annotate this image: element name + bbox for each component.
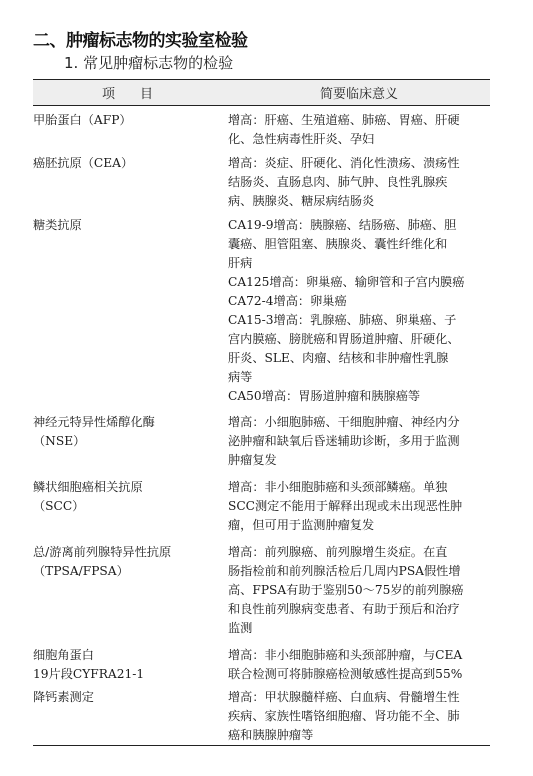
clinical-meaning-cell: 增高：非小细胞肺癌和头颈部肿瘤，与CEA联合检测可将肺腺癌检测敏感性提高到55% [228,646,490,684]
marker-name-line: （SCC） [33,497,228,516]
marker-name-line: 癌胚抗原（CEA） [33,154,228,173]
clinical-meaning-cell: CA19-9增高：胰腺癌、结肠癌、肺癌、胆囊癌、胆管阻塞、胰腺炎、囊性纤维化和肝… [228,216,490,406]
table-bottom-rule [33,745,490,746]
clinical-meaning-line: CA72-4增高：卵巢癌 [228,292,490,311]
table-row: 降钙素测定增高：甲状腺髓样癌、白血病、骨髓增生性疾病、家族性嗜铬细胞瘤、肾功能不… [33,688,490,745]
clinical-meaning-cell: 增高：前列腺癌、前列腺增生炎症。在直肠指检前和前列腺活检后几周内PSA假性增高、… [228,543,490,638]
marker-name-cell: 总/游离前列腺特异性抗原（TPSA/FPSA） [33,543,228,638]
marker-name-line: （TPSA/FPSA） [33,562,228,581]
marker-name-cell: 降钙素测定 [33,688,228,745]
clinical-meaning-line: 结肠炎、直肠息肉、肺气肿、良性乳腺疾 [228,173,490,192]
clinical-meaning-line: 联合检测可将肺腺癌检测敏感性提高到55% [228,665,490,684]
clinical-meaning-line: CA50增高：胃肠道肿瘤和胰腺癌等 [228,387,490,406]
tumor-marker-table: 项 目 简要临床意义 甲胎蛋白（AFP）增高：肝癌、生殖道癌、肺癌、胃癌、肝硬化… [33,79,490,106]
clinical-meaning-cell: 增高：炎症、肝硬化、消化性溃疡、溃疡性结肠炎、直肠息肉、肺气肿、良性乳腺疾病、胰… [228,154,490,211]
clinical-meaning-line: CA125增高：卵巢癌、输卵管和子宫内膜癌 [228,273,490,292]
marker-name-cell: 癌胚抗原（CEA） [33,154,228,211]
clinical-meaning-line: 肿瘤复发 [228,451,490,470]
clinical-meaning-line: 瘤，但可用于监测肿瘤复发 [228,516,490,535]
marker-name-line: 总/游离前列腺特异性抗原 [33,543,228,562]
clinical-meaning-line: 肝病 [228,254,490,273]
clinical-meaning-line: 和良性前列腺病变患者、有助于预后和治疗 [228,600,490,619]
clinical-meaning-cell: 增高：非小细胞肺癌和头颈部鳞癌。单独SCC测定不能用于解释出现或未出现恶性肿瘤，… [228,478,490,535]
clinical-meaning-line: 病等 [228,368,490,387]
table-header: 项 目 简要临床意义 [33,79,490,106]
column-header-meaning: 简要临床意义 [228,83,490,102]
table-row: 鳞状细胞癌相关抗原（SCC）增高：非小细胞肺癌和头颈部鳞癌。单独SCC测定不能用… [33,478,490,535]
marker-name-cell: 神经元特异性烯醇化酶（NSE） [33,413,228,470]
clinical-meaning-cell: 增高：甲状腺髓样癌、白血病、骨髓增生性疾病、家族性嗜铬细胞瘤、肾功能不全、肺癌和… [228,688,490,745]
clinical-meaning-line: 囊癌、胆管阻塞、胰腺炎、囊性纤维化和 [228,235,490,254]
clinical-meaning-cell: 增高：小细胞肺癌、干细胞肿瘤、神经内分泌肿瘤和缺氧后昏迷辅助诊断，多用于监测肿瘤… [228,413,490,470]
marker-name-line: 鳞状细胞癌相关抗原 [33,478,228,497]
marker-name-cell: 糖类抗原 [33,216,228,406]
clinical-meaning-line: 增高：前列腺癌、前列腺增生炎症。在直 [228,543,490,562]
table-row: 总/游离前列腺特异性抗原（TPSA/FPSA）增高：前列腺癌、前列腺增生炎症。在… [33,543,490,638]
table-row: 细胞角蛋白19片段CYFRA21-1增高：非小细胞肺癌和头颈部肿瘤，与CEA联合… [33,646,490,684]
clinical-meaning-line: CA19-9增高：胰腺癌、结肠癌、肺癌、胆 [228,216,490,235]
marker-name-line: 降钙素测定 [33,688,228,707]
marker-name-line: 19片段CYFRA21-1 [33,665,228,684]
table-row: 糖类抗原CA19-9增高：胰腺癌、结肠癌、肺癌、胆囊癌、胆管阻塞、胰腺炎、囊性纤… [33,216,490,406]
clinical-meaning-line: 增高：肝癌、生殖道癌、肺癌、胃癌、肝硬 [228,111,490,130]
table-row: 神经元特异性烯醇化酶（NSE）增高：小细胞肺癌、干细胞肿瘤、神经内分泌肿瘤和缺氧… [33,413,490,470]
column-header-item: 项 目 [33,83,228,102]
clinical-meaning-line: 宫内膜癌、膀胱癌和胃肠道肿瘤、肝硬化、 [228,330,490,349]
clinical-meaning-line: 癌和胰腺肿瘤等 [228,726,490,745]
clinical-meaning-line: SCC测定不能用于解释出现或未出现恶性肿 [228,497,490,516]
clinical-meaning-cell: 增高：肝癌、生殖道癌、肺癌、胃癌、肝硬化、急性病毒性肝炎、孕妇 [228,111,490,149]
clinical-meaning-line: 高、FPSA有助于鉴别50～75岁的前列腺癌 [228,581,490,600]
marker-name-line: 糖类抗原 [33,216,228,235]
marker-name-line: （NSE） [33,432,228,451]
subsection-heading: 1. 常见肿瘤标志物的检验 [64,52,233,73]
clinical-meaning-line: 泌肿瘤和缺氧后昏迷辅助诊断，多用于监测 [228,432,490,451]
clinical-meaning-line: 监测 [228,619,490,638]
marker-name-line: 甲胎蛋白（AFP） [33,111,228,130]
clinical-meaning-line: 增高：小细胞肺癌、干细胞肿瘤、神经内分 [228,413,490,432]
marker-name-cell: 鳞状细胞癌相关抗原（SCC） [33,478,228,535]
table-row: 甲胎蛋白（AFP）增高：肝癌、生殖道癌、肺癌、胃癌、肝硬化、急性病毒性肝炎、孕妇 [33,111,490,149]
table-row: 癌胚抗原（CEA）增高：炎症、肝硬化、消化性溃疡、溃疡性结肠炎、直肠息肉、肺气肿… [33,154,490,211]
clinical-meaning-line: 增高：非小细胞肺癌和头颈部肿瘤，与CEA [228,646,490,665]
clinical-meaning-line: CA15-3增高：乳腺癌、肺癌、卵巢癌、子 [228,311,490,330]
marker-name-line: 神经元特异性烯醇化酶 [33,413,228,432]
section-heading: 二、肿瘤标志物的实验室检验 [33,26,248,51]
clinical-meaning-line: 增高：炎症、肝硬化、消化性溃疡、溃疡性 [228,154,490,173]
clinical-meaning-line: 增高：甲状腺髓样癌、白血病、骨髓增生性 [228,688,490,707]
clinical-meaning-line: 增高：非小细胞肺癌和头颈部鳞癌。单独 [228,478,490,497]
marker-name-cell: 细胞角蛋白19片段CYFRA21-1 [33,646,228,684]
marker-name-line: 细胞角蛋白 [33,646,228,665]
marker-name-cell: 甲胎蛋白（AFP） [33,111,228,149]
clinical-meaning-line: 肠指检前和前列腺活检后几周内PSA假性增 [228,562,490,581]
clinical-meaning-line: 疾病、家族性嗜铬细胞瘤、肾功能不全、肺 [228,707,490,726]
clinical-meaning-line: 肝炎、SLE、肉瘤、结核和非肿瘤性乳腺 [228,349,490,368]
clinical-meaning-line: 病、胰腺炎、糖尿病结肠炎 [228,192,490,211]
clinical-meaning-line: 化、急性病毒性肝炎、孕妇 [228,130,490,149]
